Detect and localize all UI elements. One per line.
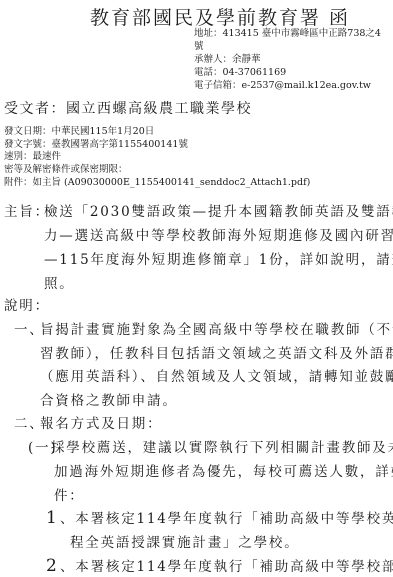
email: 電子信箱：e-2537@mail.k12ea.gov.tw bbox=[194, 80, 371, 92]
item-line: （應用英語科）、自然領域及人文領域，請轉知並鼓勵符 bbox=[40, 367, 393, 387]
doc-number: 發文字號：臺教國署高字第1155400141號 bbox=[4, 139, 188, 151]
sub-line: 件： bbox=[54, 486, 85, 506]
list-marker: 1 bbox=[46, 508, 57, 528]
address: 地址：413415 臺中市霧峰區中正路738之4 bbox=[194, 28, 381, 40]
attachment-link[interactable]: 附件：如主旨 (A09030000E_1155400141_senddoc2_A… bbox=[4, 177, 310, 189]
list-line: 、本署核定114學年度執行「補助高級中等學校部分領域 bbox=[60, 557, 393, 577]
issue-date: 發文日期：中華民國115年1月20日 bbox=[4, 126, 154, 138]
subject-line: 照。 bbox=[44, 274, 75, 294]
secrecy: 密等及解密條件或保密期限： bbox=[4, 164, 128, 176]
explanation-label: 說明： bbox=[4, 296, 50, 316]
item-line: 合資格之教師申請。 bbox=[40, 391, 178, 411]
sub-line: 採學校薦送，建議以實際執行下列相關計畫教師及未參 bbox=[51, 438, 393, 458]
contact-person: 承辦人：余靜華 bbox=[194, 54, 261, 66]
item-text: 報名方式及日期： bbox=[40, 414, 162, 434]
sub-line: 加過海外短期進修者為優先，每校可薦送人數，詳如附 bbox=[54, 462, 393, 482]
address-cont: 號 bbox=[194, 41, 204, 53]
list-marker: 2 bbox=[46, 556, 57, 576]
subject-line: 檢送「2030雙語政策—提升本國籍教師英語及雙語教學能 bbox=[44, 202, 393, 222]
subject-line: —115年度海外短期進修簡章」1份，詳如說明，請查 bbox=[44, 250, 393, 270]
document-title: 教育部國民及學前教育署 函 bbox=[90, 3, 350, 30]
receiver: 受文者：國立西螺高級農工職業學校 bbox=[4, 98, 252, 118]
speed: 速別：最速件 bbox=[4, 151, 61, 163]
list-line: 程全英語授課實施計畫」之學校。 bbox=[70, 533, 300, 553]
item-line: 旨揭計畫實施對象為全國高級中等學校在職教師（不含實 bbox=[40, 320, 393, 340]
list-line: 、本署核定114學年度執行「補助高級中等學校英語文課 bbox=[60, 509, 393, 529]
item-line: 習教師），任教科目包括語文領域之英語文科及外語群 bbox=[40, 344, 393, 364]
subject-line: 力—選送高級中等學校教師海外短期進修及國內研習計畫 bbox=[44, 226, 393, 246]
phone: 電話：04-37061169 bbox=[194, 67, 286, 79]
